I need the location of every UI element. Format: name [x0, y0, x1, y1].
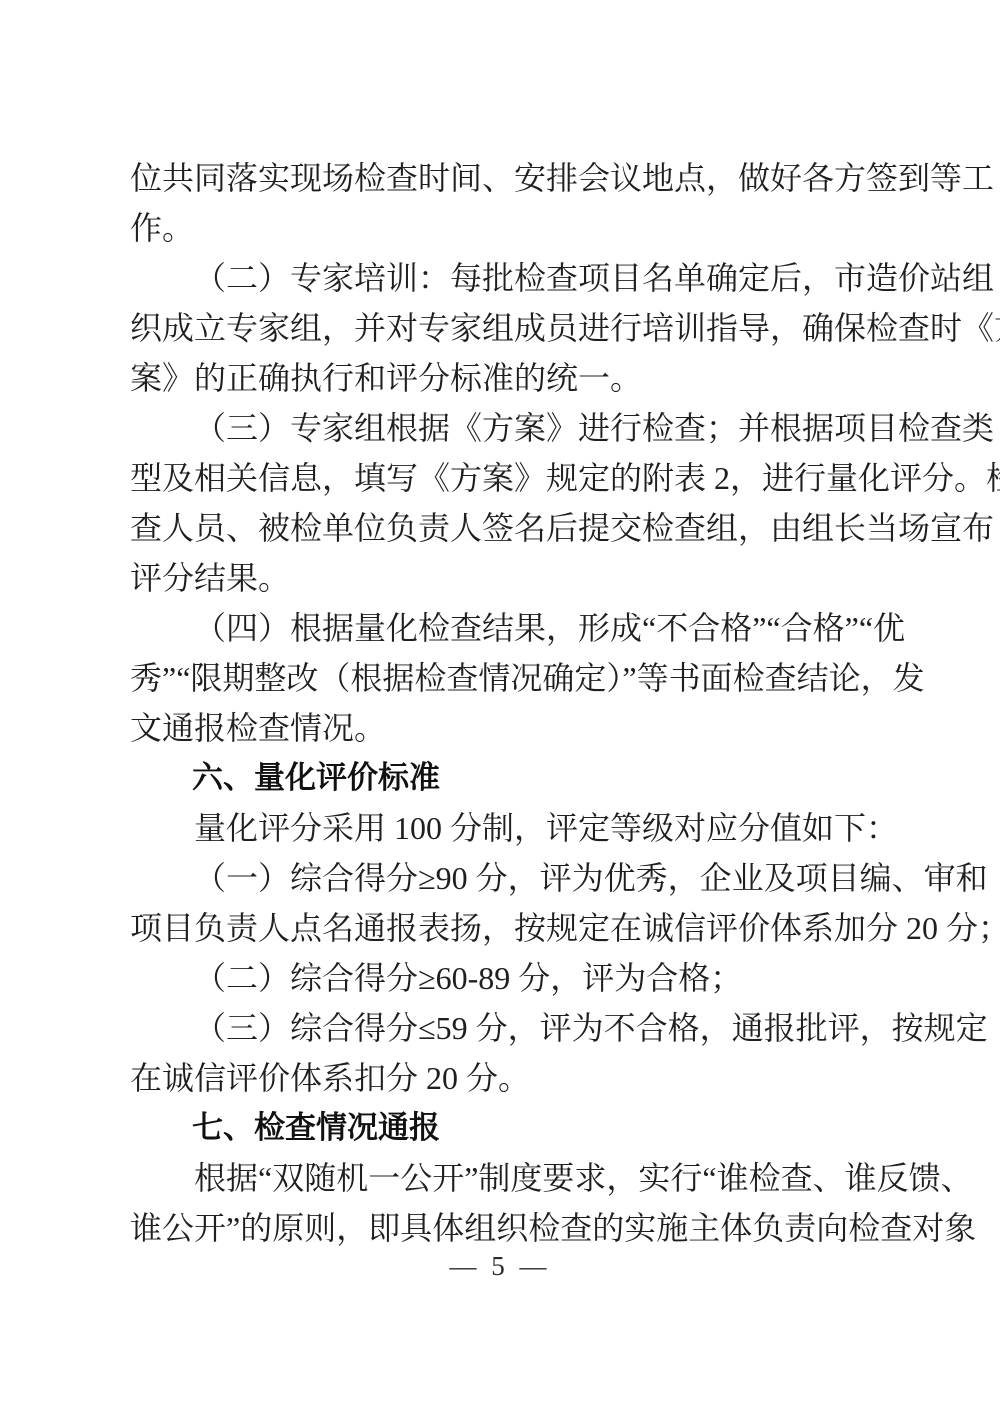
text-line: 在诚信评价体系扣分 20 分。	[130, 1053, 872, 1103]
text-line: 根据“双随机一公开”制度要求，实行“谁检查、谁反馈、	[130, 1153, 872, 1203]
text-line: 项目负责人点名通报表扬，按规定在诚信评价体系加分 20 分；	[130, 903, 872, 953]
document-body: 位共同落实现场检查时间、安排会议地点，做好各方签到等工作。（二）专家培训：每批检…	[130, 153, 872, 1253]
page-number: — 5 —	[450, 1251, 551, 1281]
text-line: （三）专家组根据《方案》进行检查；并根据项目检查类	[130, 403, 872, 453]
text-line: （二）综合得分≥60-89 分，评为合格；	[130, 953, 872, 1003]
text-line: （二）专家培训：每批检查项目名单确定后，市造价站组	[130, 253, 872, 303]
section-heading: 六、量化评价标准	[130, 753, 872, 803]
text-line: 谁公开”的原则，即具体组织检查的实施主体负责向检查对象	[130, 1203, 872, 1253]
text-line: 作。	[130, 203, 872, 253]
text-line: 织成立专家组，并对专家组成员进行培训指导，确保检查时《方	[130, 303, 872, 353]
page-footer: — 5 —	[0, 1250, 1000, 1282]
section-heading: 七、检查情况通报	[130, 1103, 872, 1153]
text-line: 位共同落实现场检查时间、安排会议地点，做好各方签到等工	[130, 153, 872, 203]
text-line: 型及相关信息，填写《方案》规定的附表 2，进行量化评分。检	[130, 453, 872, 503]
text-line: 评分结果。	[130, 553, 872, 603]
document-page: 位共同落实现场检查时间、安排会议地点，做好各方签到等工作。（二）专家培训：每批检…	[0, 0, 1000, 1414]
text-line: （一）综合得分≥90 分，评为优秀，企业及项目编、审和	[130, 853, 872, 903]
text-line: 案》的正确执行和评分标准的统一。	[130, 353, 872, 403]
text-line: （四）根据量化检查结果，形成“不合格”“合格”“优	[130, 603, 872, 653]
text-line: 查人员、被检单位负责人签名后提交检查组，由组长当场宣布	[130, 503, 872, 553]
text-line: （三）综合得分≤59 分，评为不合格，通报批评，按规定	[130, 1003, 872, 1053]
text-line: 文通报检查情况。	[130, 703, 872, 753]
text-line: 秀”“限期整改（根据检查情况确定）”等书面检查结论，发	[130, 653, 872, 703]
text-line: 量化评分采用 100 分制，评定等级对应分值如下：	[130, 803, 872, 853]
